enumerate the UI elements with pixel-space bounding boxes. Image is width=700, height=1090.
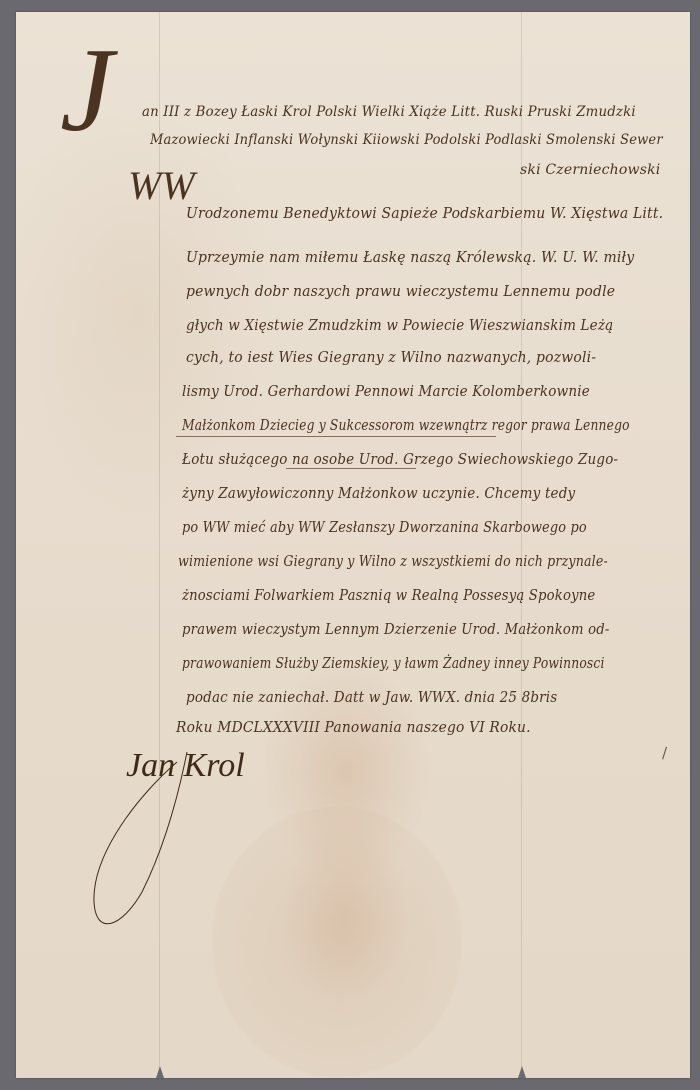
paper-notch-right [518, 1066, 526, 1078]
underline-2 [286, 468, 416, 469]
body-line-7: Małżonkom Dziecieg y Sukcessorom wzewnąt… [182, 416, 630, 434]
royal-signature: Jan Krol [126, 747, 245, 785]
header-line-3: ski Czerniechowski [520, 162, 660, 178]
decorated-initial: J [60, 30, 113, 150]
body-line-6: lismy Urod. Gerhardowi Pennowi Marcie Ko… [182, 382, 590, 400]
header-line-1: an III z Bozey Łaski Krol Polski Wielki … [142, 104, 636, 120]
body-line-8: Łotu służącego na osobe Urod. Grzego Swi… [182, 450, 618, 468]
body-line-14: prawowaniem Służby Ziemskiey, y ławm Żad… [182, 654, 605, 672]
seal-impression-stain [212, 807, 462, 1077]
body-line-3: pewnych dobr naszych prawu wieczystemu L… [186, 282, 615, 300]
document-page: J an III z Bozey Łaski Krol Polski Wielk… [16, 12, 690, 1078]
body-line-10: po WW mieć aby WW Zesłanszy Dworzanina S… [182, 518, 587, 536]
underline-1 [176, 436, 496, 437]
margin-mark: / [662, 744, 667, 762]
body-line-5: cych, to iest Wies Giegrany z Wilno nazw… [186, 348, 596, 366]
body-line-12: żnosciami Folwarkiem Paszniq w Realną Po… [182, 586, 595, 604]
body-line-4: głych w Xięstwie Zmudzkim w Powiecie Wie… [186, 316, 613, 334]
body-line-2: Uprzeymie nam miłemu Łaskę naszą Królews… [186, 248, 634, 266]
body-line-13: prawem wieczystym Lennym Dzierzenie Urod… [182, 620, 609, 638]
body-line-15: podac nie zaniechał. Datt w Jaw. WWX. dn… [186, 688, 557, 706]
header-line-2: Mazowiecki Inflanski Wołynski Kiiowski P… [150, 132, 663, 148]
body-line-11: wimienione wsi Giegrany y Wilno z wszyst… [178, 552, 608, 570]
body-line-16: Roku MDCLXXXVIII Panowania naszego VI Ro… [176, 718, 531, 736]
salutation-monogram: WW [128, 162, 195, 209]
body-line-9: żyny Zawyłowiczonny Małżonkow uczynie. C… [182, 484, 575, 502]
paper-notch-left [156, 1066, 164, 1078]
body-line-1: Urodzonemu Benedyktowi Sapieże Podskarbi… [186, 204, 663, 222]
